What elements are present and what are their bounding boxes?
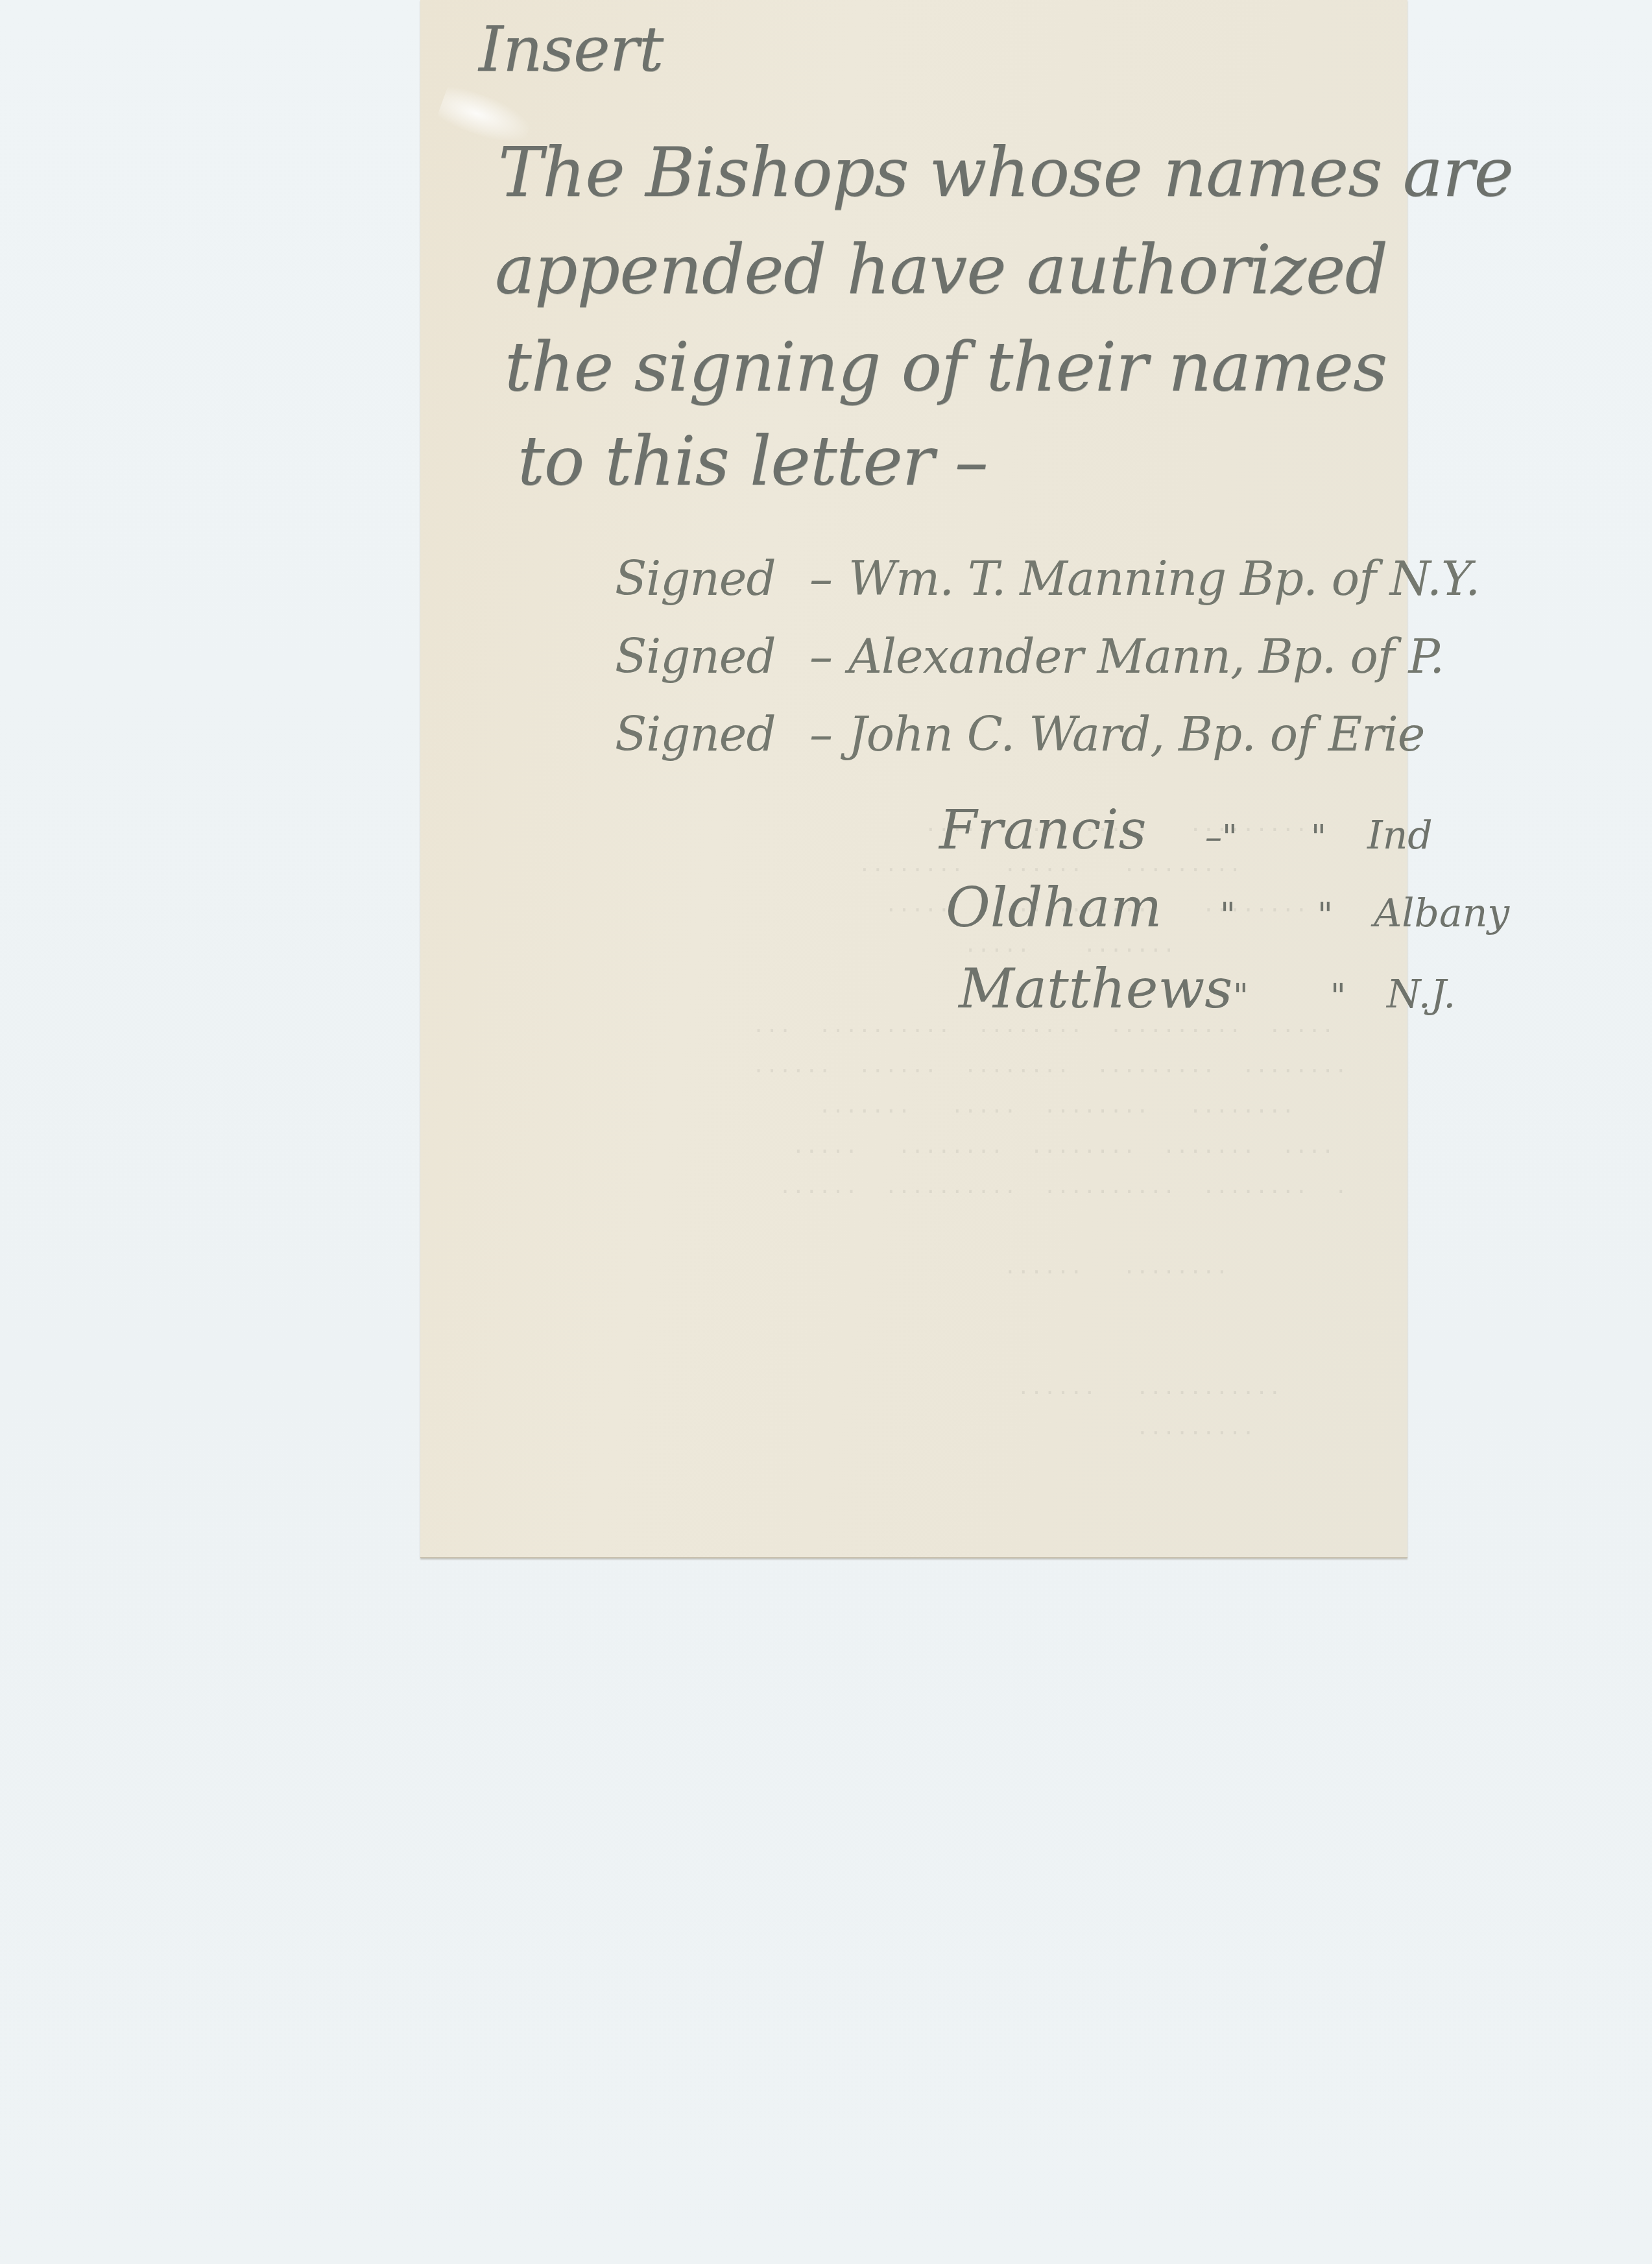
ditto-mark: " bbox=[1270, 818, 1367, 857]
bishop-name: Alexander Mann, bbox=[848, 629, 1245, 684]
bishop-see: Albany bbox=[1374, 891, 1509, 936]
insert-heading: Insert bbox=[479, 13, 663, 86]
signature-line-manning: Signed–Wm. T. Manning Bp. of N.Y. bbox=[615, 551, 1479, 606]
ditto-mark: " bbox=[1179, 896, 1276, 935]
signed-label: Signed bbox=[615, 551, 809, 606]
signed-label: Signed bbox=[615, 707, 809, 762]
bishop-entry-oldham: Oldham""Albany bbox=[946, 876, 1509, 939]
bishop-see: Bp. of P. bbox=[1259, 629, 1444, 684]
ditto-mark: " bbox=[1289, 977, 1387, 1016]
ditto-mark: –" bbox=[1173, 818, 1270, 857]
ditto-mark: " bbox=[1192, 977, 1289, 1016]
letter-insert-sheet: .......... ......... ..... ......... ...… bbox=[420, 0, 1407, 1558]
body-line-2: appended have authorized bbox=[495, 230, 1387, 309]
dash: – bbox=[809, 629, 848, 684]
bishop-name: John C. Ward, bbox=[848, 707, 1164, 762]
dash: – bbox=[809, 551, 848, 606]
bleed-through-text: .......... ......... ..... ......... ...… bbox=[582, 765, 1361, 1479]
bishop-name: Oldham bbox=[946, 876, 1179, 939]
signed-label: Signed bbox=[615, 629, 809, 684]
body-line-3: the signing of their names bbox=[505, 328, 1387, 407]
bishop-see: Ind bbox=[1367, 813, 1433, 858]
bishop-name: Wm. T. Manning bbox=[848, 551, 1226, 606]
dash: – bbox=[809, 707, 848, 762]
bishop-see: Bp. of N.Y. bbox=[1240, 551, 1479, 606]
bishop-entry-matthews: Matthews""N.J. bbox=[959, 957, 1455, 1020]
signature-line-mann: Signed–Alexander Mann, Bp. of P. bbox=[615, 629, 1444, 684]
body-line-4: to this letter – bbox=[518, 422, 988, 501]
bishop-name: Francis bbox=[939, 798, 1173, 861]
bishop-see: Bp. of Erie bbox=[1179, 707, 1424, 762]
bishop-see: N.J. bbox=[1387, 972, 1455, 1017]
bishop-name: Matthews bbox=[959, 957, 1192, 1020]
signature-line-ward: Signed–John C. Ward, Bp. of Erie bbox=[615, 707, 1424, 762]
body-line-1: The Bishops whose names are bbox=[498, 133, 1513, 212]
ditto-mark: " bbox=[1276, 896, 1374, 935]
bishop-entry-francis: Francis–""Ind bbox=[939, 798, 1433, 861]
